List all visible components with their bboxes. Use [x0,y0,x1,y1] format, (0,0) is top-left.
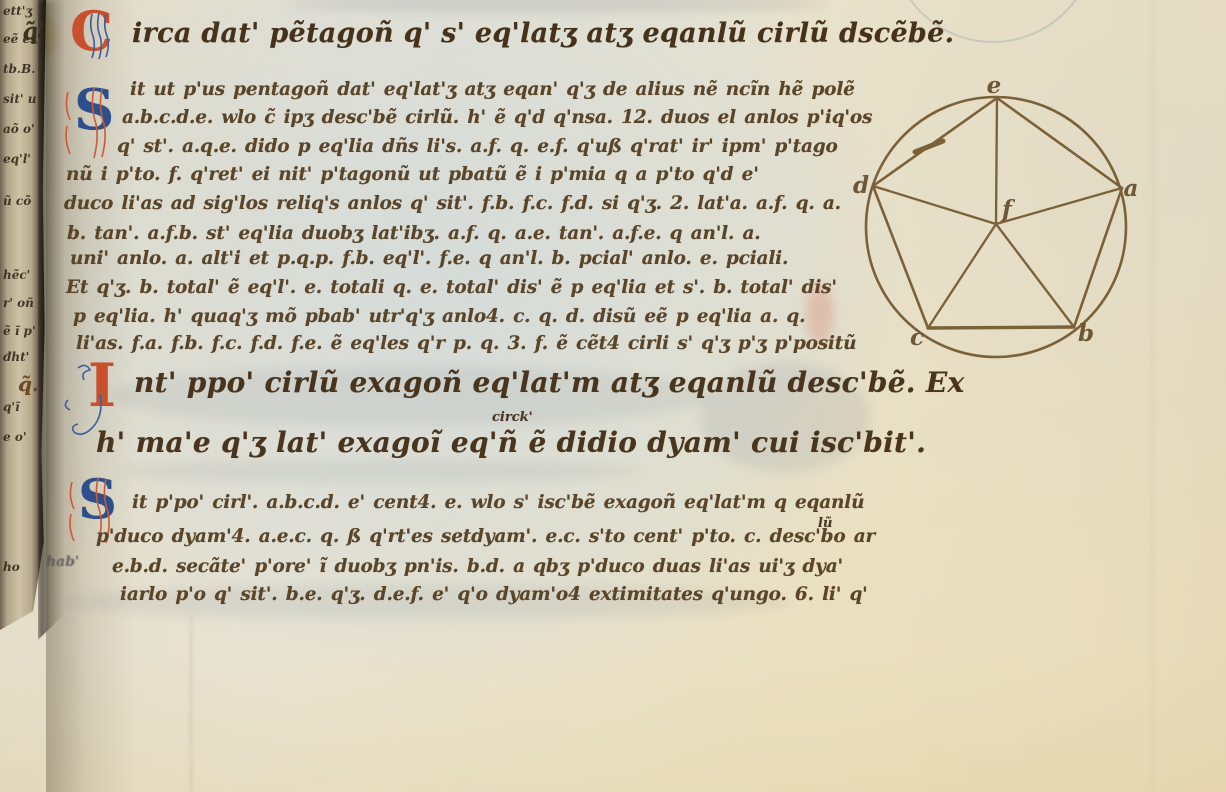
parchment-crease [190,615,192,792]
radius-fc [928,224,996,328]
heading2-superscript: circk' [492,410,533,425]
para2-line: it p'po' cirl'. a.b.c.d. e' cent4. e. wl… [132,492,864,513]
vertex-label-a: a [1124,175,1139,202]
folio-edge-fragment: sit' u [3,92,36,106]
radius-fd [873,186,996,224]
manuscript-page: ett'ʒ eẽ es' tb.B. sit' u aõ o' eq'l' ũ … [0,0,1226,792]
blue-initial-S: S [74,82,114,138]
parchment-warm-shading [0,652,1226,792]
para1-line: duco li'as ad sig'los reliq's anlos q' s… [64,193,841,214]
left-margin-note: q̃. [18,372,39,396]
rubric-initial-C: C [70,4,113,58]
pentagon-edges [873,98,1122,328]
para2-line: p'duco dyam'4. a.e.c. q. ß q'rt'es setdy… [96,526,875,547]
bleedthrough-smudge [120,460,640,482]
diagram-circle [866,97,1126,357]
rubric-initial-I: I [88,356,116,416]
para2-line: iarlo p'o q' sit'. b.e. q'ʒ. d.e.f. e' q… [120,584,868,605]
para1-line: a.b.c.d.e. wlo c̃ ipʒ desc'bẽ cirlũ. h' … [122,107,872,128]
radius-fa [996,188,1122,224]
top-left-pen-mark: q̃' [21,17,47,46]
para1-line: uni' anlo. a. alt'i et p.q.p. f.b. eq'l'… [70,248,788,269]
pentagon-radii [873,98,1122,328]
folio-edge-fragment: e o' [3,430,27,444]
pentagon-edge-ab [1074,188,1122,327]
folio-edge-fragment: tb.B. [3,62,35,76]
folio-edge-fragment: eq'l' [3,152,31,166]
para1-line: li'as. f.a. f.b. f.c. f.d. f.e. ẽ eq'les… [76,333,856,354]
folio-edge-fragment: r' oñ [3,296,34,310]
heading2-line1: nt' ppo' cirlũ exagoñ eq'lat'm atʒ eqanl… [134,366,965,399]
para1-line: nũ i p'to. f. q'ret' ei nit' p'tagonũ ut… [66,164,759,185]
heading2-line2: h' ma'e q'ʒ lat' exagoĩ eq'ñ ẽ didio dya… [96,426,926,459]
center-label-f: f [1000,196,1016,223]
folio-edge-fragment: ett'ʒ [3,4,32,18]
folio-edge-fragment: q'ĩ [3,400,20,414]
vertex-label-e: e [987,72,1002,99]
folio-edge-fragment: ũ cõ [3,194,31,208]
folio-edge-fragment: hẽc' [3,268,30,282]
pentagon-edge-ea [997,98,1122,188]
para1-line: p eq'lia. h' quaq'ʒ mõ pbab' utr'q'ʒ anl… [73,306,805,327]
page-curve-highlight [1152,0,1154,792]
vertex-label-c: c [910,324,924,351]
radius-fb [996,224,1074,327]
pentagon-edge-cd [873,186,928,328]
para1-line: b. tan'. a.f.b. st' eq'lia duobʒ lat'ibʒ… [67,223,761,244]
para1-line: Et q'ʒ. b. total' ẽ eq'l'. e. totali q. … [66,277,837,298]
para1-line: q' st'. a.q.e. dido p eq'lia dñs li's. a… [117,136,838,157]
para2-line: e.b.d. secãte' p'ore' ĩ duobʒ pn'is. b.d… [112,556,843,577]
folio-edge-fragment: aõ o' [3,122,35,136]
blue-initial-S: S [78,472,117,526]
folio-edge-fragment: đht' [3,350,29,364]
radius-fe [996,98,997,224]
folio-edge-fragment: ẽ ĩ p' [3,324,36,338]
heading1-text: irca dat' pẽtagoñ q' s' eq'latʒ atʒ eqan… [132,18,954,49]
pentagon-edge-de [873,98,997,186]
pentagon-edge-bc [928,327,1074,328]
vertex-label-b: b [1078,320,1094,347]
ink-blot-on-edge [915,141,943,152]
para1-line: it ut p'us pentagoñ dat' eq'lat'ʒ atʒ eq… [130,79,855,100]
ghost-offset-text: hab' [46,554,79,570]
folio-edge-fragment: ho [3,560,20,574]
